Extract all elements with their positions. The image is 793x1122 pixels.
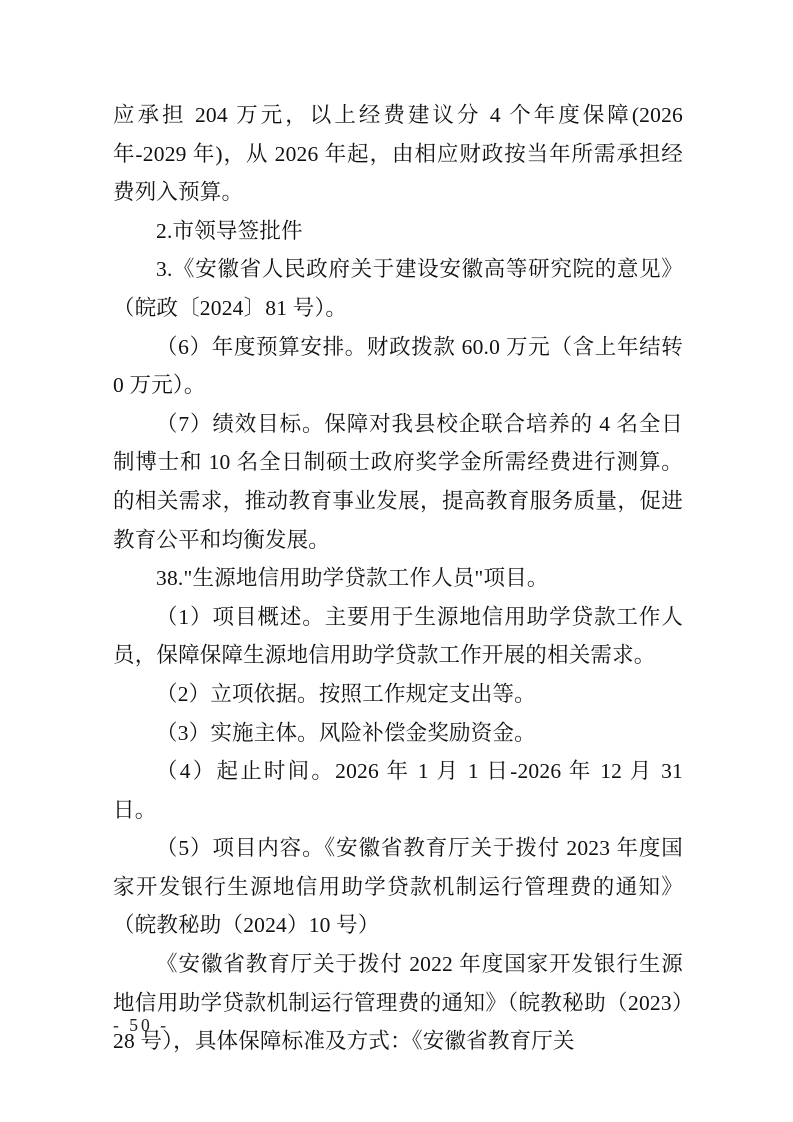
page-number: - 50 -	[113, 1012, 169, 1038]
paragraph: 2.市领导签批件	[113, 212, 683, 251]
paragraph: （5）项目内容。《安徽省教育厅关于拨付 2023 年度国家开发银行生源地信用助学…	[113, 829, 683, 945]
paragraph: 3.《安徽省人民政府关于建设安徽高等研究院的意见》（皖政〔2024〕81 号）。	[113, 250, 683, 327]
paragraph: （3）实施主体。风险补偿金奖励资金。	[113, 714, 683, 753]
paragraph: 《安徽省教育厅关于拨付 2022 年度国家开发银行生源地信用助学贷款机制运行管理…	[113, 945, 683, 1061]
paragraph: （2）立项依据。按照工作规定支出等。	[113, 675, 683, 714]
paragraph: （6）年度预算安排。财政拨款 60.0 万元（含上年结转 0 万元）。	[113, 328, 683, 405]
paragraph: （1）项目概述。主要用于生源地信用助学贷款工作人员，保障保障生源地信用助学贷款工…	[113, 598, 683, 675]
paragraph: （7）绩效目标。保障对我县校企联合培养的 4 名全日制博士和 10 名全日制硕士…	[113, 405, 683, 559]
paragraph: 38."生源地信用助学贷款工作人员"项目。	[113, 559, 683, 598]
paragraph: 应承担 204 万元，以上经费建议分 4 个年度保障(2026 年-2029 年…	[113, 96, 683, 212]
document-body: 应承担 204 万元，以上经费建议分 4 个年度保障(2026 年-2029 年…	[113, 96, 683, 1061]
document-page: 应承担 204 万元，以上经费建议分 4 个年度保障(2026 年-2029 年…	[0, 0, 793, 1122]
paragraph: （4）起止时间。2026 年 1 月 1 日-2026 年 12 月 31 日。	[113, 752, 683, 829]
